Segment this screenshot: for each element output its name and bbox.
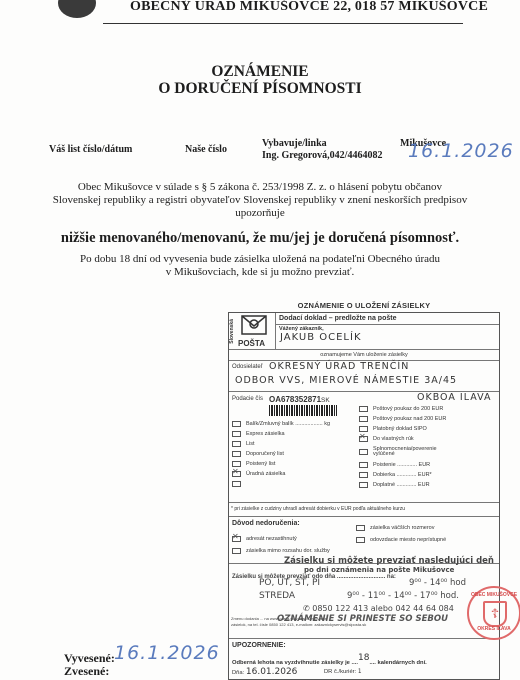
checkbox-option: Dobierka ............. EUR* — [359, 470, 446, 480]
checkbox — [356, 537, 365, 543]
checkbox-option: Poštový poukaz nad 200 EUR — [359, 414, 446, 424]
checkbox — [232, 471, 241, 477]
checkbox — [359, 472, 368, 478]
pickup-period-label: Odberná lehota na vyzdvihnutie zásielky … — [232, 660, 350, 666]
checkbox-option: odovzdacie miesto neprístupné — [356, 534, 446, 546]
checkbox — [232, 451, 241, 457]
sender-line-2: ODBOR VVS, MIEROVÉ NÁMESTIE 3A/45 — [235, 375, 457, 386]
checkbox-label: Do vlastných rúk — [373, 436, 414, 442]
tracking-number: OA678352871SK — [269, 395, 330, 404]
tracking-suffix: SK — [321, 397, 330, 404]
checkbox — [359, 406, 368, 412]
phone-number: ✆ 0850 122 413 alebo 042 44 64 084 — [303, 604, 454, 613]
checkbox-option: Expres zásielka — [232, 429, 330, 439]
pickup-info-row: Zásielku si môžete prevziať nasledujúci … — [229, 564, 499, 639]
checkbox-option: Poistený list — [232, 459, 330, 469]
foreign-cod-note: * pri zásielke z cudziny uhradí adresát … — [229, 503, 499, 517]
date-field: Dňa: 16.01.2026 — [232, 667, 297, 677]
checkbox — [359, 436, 368, 442]
checkbox-option: Doplatné ............. EUR — [359, 480, 446, 490]
checkbox-label: Poistený list — [246, 461, 275, 467]
emphasis-statement: nižšie menovaného/menovanú, že mu/jej je… — [0, 230, 520, 247]
non-delivery-title: Dôvod nedoručenia: — [232, 520, 300, 527]
checkbox-label: Dobierka ............. EUR* — [373, 472, 432, 478]
barcode — [269, 405, 337, 416]
checkbox-option: Poštový poukaz do 200 EUR — [359, 404, 446, 414]
header-divider — [103, 23, 463, 24]
checkbox-label: Poštový poukaz nad 200 EUR — [373, 416, 446, 422]
courier-label: DR č./kuriér: — [324, 669, 356, 675]
pickup-period-value: 18 — [358, 653, 369, 663]
double-cross-shield-icon: ☦ — [483, 601, 507, 627]
checkbox-option: adresát nezastihnutý — [232, 533, 330, 545]
checkbox-label: adresát nezastihnutý — [246, 536, 297, 542]
slip-header-row: Slovenská POŠTA Dodací doklad – predložt… — [229, 313, 499, 350]
checkbox-option: Balík/Zmluvný balík .................. k… — [232, 419, 330, 429]
municipal-crest-icon — [58, 0, 96, 18]
pickup-stamp-line: po dni oznámenia na pošte Mikušovce — [304, 566, 454, 574]
checkbox — [232, 536, 241, 542]
checkbox-option: Do vlastných rúk — [359, 434, 446, 444]
shipment-details-row: Podacie čís OA678352871SK OKBOA ILAVA Ba… — [229, 392, 499, 503]
checkbox-option: Poistenie ............. EUR — [359, 460, 446, 470]
checkbox-label: Platobný doklad SIPO — [373, 426, 427, 432]
courier-value: 1 — [358, 669, 363, 675]
service-options: Poštový poukaz do 200 EUR Poštový poukaz… — [359, 404, 446, 490]
hours-time: 9⁰⁰ - 14⁰⁰ hod — [409, 578, 466, 588]
body-paragraph-line: v Mikušovciach, kde si ju možno prevziať… — [0, 266, 520, 278]
checkbox-label: zásielka mimo rozsahu dor. služby — [246, 548, 330, 554]
bring-notice-stamp: OZNÁMENIE SI PRINESTE SO SEBOU — [277, 614, 448, 624]
delivery-doc-heading: Dodací doklad – predložte na pošte — [276, 313, 499, 325]
tracking-number-value: OA678352871 — [269, 395, 321, 404]
handwritten-date: 16.1.2026 — [408, 140, 514, 162]
checkbox-label: Doporučený list — [246, 451, 284, 457]
seal-bottom-text: OKRES ILAVA — [469, 626, 519, 632]
your-letter-label: Váš list číslo/dátum — [49, 144, 132, 155]
checkbox-option: Doporučený list — [232, 449, 330, 459]
handled-by-value: Ing. Gregorová,042/4464082 — [262, 150, 382, 161]
posta-logo: Slovenská POŠTA — [229, 313, 276, 349]
handled-by-label: Vybavuje/linka — [262, 138, 327, 149]
checkbox-label: zásielka väčších rozmerov — [370, 525, 435, 531]
our-number-label: Naše číslo — [185, 144, 227, 155]
tracking-label: Podacie čís — [232, 396, 263, 402]
organization-header: OBECNÝ ÚRAD MIKUŠOVCE 22, 018 57 MIKUŠOV… — [130, 0, 488, 15]
checkbox-option — [232, 479, 330, 489]
notice-line: oznamujeme Vám uloženie zásielky — [229, 350, 499, 361]
document-title: OZNÁMENIE — [0, 63, 520, 81]
checkbox-option: zásielka väčších rozmerov — [356, 522, 446, 534]
post-delivery-slip: OZNÁMENIE O ULOŽENÍ ZÁSIELKY Slovenská P… — [228, 300, 500, 680]
body-paragraph-line: Slovenskej republiky a registri obyvateľ… — [0, 194, 520, 206]
checkbox-label: Expres zásielka — [246, 431, 285, 437]
seal-top-text: OBEC MIKUŠOVCE — [469, 592, 519, 598]
date-value: 16.01.2026 — [246, 667, 298, 677]
document-subtitle: O DORUČENÍ PÍSOMNOSTI — [0, 80, 520, 98]
checkbox-label: Balík/Zmluvný balík .................. k… — [246, 421, 330, 427]
body-paragraph-line: Po dobu 18 dní od vyvesenia bude zásielk… — [0, 253, 520, 265]
posted-date: 16.1.2026 — [114, 642, 220, 664]
slip-title: OZNÁMENIE O ULOŽENÍ ZÁSIELKY — [228, 300, 500, 312]
pickup-stamp-line: Zásielku si môžete prevziať nasledujúci … — [284, 556, 494, 566]
warning-title: UPOZORNENIE: — [232, 642, 286, 649]
hours-days: STREDA — [259, 591, 295, 601]
logo-vertical-text: Slovenská — [229, 319, 235, 344]
checkbox — [359, 482, 368, 488]
shipment-type-options: Balík/Zmluvný balík .................. k… — [232, 419, 330, 489]
checkbox-label: Doplatné ............. EUR — [373, 482, 430, 488]
checkbox — [232, 421, 241, 427]
checkbox-label: List — [246, 441, 255, 447]
checkbox — [359, 416, 368, 422]
checkbox-option: Splnomocnenia/poverenie vylúčené — [359, 444, 446, 460]
sender-label: Odosielateľ — [232, 364, 262, 370]
body-paragraph-line: upozorňuje — [0, 207, 520, 219]
checkbox-label: Splnomocnenia/poverenie vylúčené — [373, 447, 433, 458]
checkbox — [232, 548, 241, 554]
hours-days: PO, UT, ŠT, PI — [259, 578, 320, 588]
courier-field: DR č./kuriér: 1 — [324, 669, 363, 675]
logo-text: POŠTA — [238, 339, 265, 348]
hours-time: 9⁰⁰ - 11⁰⁰ - 14⁰⁰ - 17⁰⁰ hod. — [347, 591, 459, 601]
checkbox-option: Úradná zásielka — [232, 469, 330, 479]
removed-label: Zvesené: — [64, 664, 109, 679]
checkbox-option: List — [232, 439, 330, 449]
checkbox-label: Poštový poukaz do 200 EUR — [373, 406, 443, 412]
date-label: Dňa: — [232, 670, 244, 676]
checkbox — [359, 462, 368, 468]
slip-box: Slovenská POŠTA Dodací doklad – predložt… — [228, 312, 500, 680]
posthorn-envelope-icon — [241, 315, 267, 335]
pickup-period: Odberná lehota na vyzdvihnutie zásielky … — [232, 657, 427, 667]
checkbox — [232, 441, 241, 447]
post-office: OKBOA ILAVA — [417, 392, 491, 403]
checkbox-label: odovzdacie miesto neprístupné — [370, 537, 446, 543]
checkbox-label: Úradná zásielka — [246, 471, 285, 477]
checkbox-option: Platobný doklad SIPO — [359, 424, 446, 434]
recipient-name: JAKUB OCELÍK — [276, 332, 499, 343]
checkbox — [232, 481, 241, 487]
checkbox — [356, 525, 365, 531]
warning-row: UPOZORNENIE: Odberná lehota na vyzdvihnu… — [229, 639, 499, 679]
pickup-period-unit: kalendárnych dní. — [378, 660, 427, 666]
body-paragraph-line: Obec Mikušovce v súlade s § 5 zákona č. … — [0, 181, 520, 193]
sender-row: Odosielateľ OKRESNÝ ÚRAD TRENČÍN ODBOR V… — [229, 361, 499, 392]
municipal-seal: OBEC MIKUŠOVCE ☦ OKRES ILAVA — [467, 586, 520, 640]
checkbox — [359, 449, 368, 455]
checkbox-label: Poistenie ............. EUR — [373, 462, 430, 468]
checkbox — [232, 431, 241, 437]
sender-line-1: OKRESNÝ ÚRAD TRENČÍN — [269, 361, 409, 372]
